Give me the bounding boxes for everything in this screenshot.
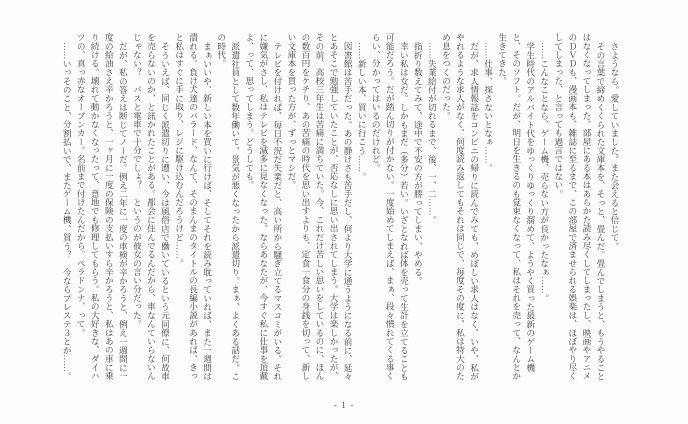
novel-text-block: さようなら。愛していました。また会えると信じて。 その言葉で締めくくられた文庫本…	[60, 33, 622, 381]
paragraph: さようなら。愛していました。また会えると信じて。	[608, 33, 622, 381]
paragraph: 派遣社員として数年働いて、景気が悪くなったから派遣切り。まぁ、よくある話だ。この…	[215, 33, 243, 381]
page-number: - 1 -	[0, 401, 688, 411]
paragraph: 指折り数えてみて、途中で不安の方が勝ってしまい、やめる。	[411, 33, 425, 381]
paragraph: その言葉で締めくくられた文庫本を、そっと、畳んだ。畳んでしまうと、もうやることは…	[552, 33, 608, 381]
paragraph: テレビを付ければ、毎日不況だ失業だと、高い所から騒ぎ立てるマスコミがいる。それに…	[243, 33, 285, 381]
paragraph: 学生時代のアルバイト代をゆっくりゆっくり溜めて、ようやく買った最新のゲーム機と、…	[496, 33, 538, 381]
paragraph: だが、求人情報誌をコンビニの帰りに読んでみても、めぼしい求人はなく、いや、私がや…	[439, 33, 481, 381]
paragraph: ……いっそのこと、分割払いで、またゲーム機、買う？ 今ならプレステ３とか……。	[60, 33, 74, 381]
document-page: さようなら。愛していました。また会えると信じて。 その言葉で締めくくられた文庫本…	[0, 0, 688, 424]
paragraph: 図書館は苦手だった。あの静けさも苦手だし、何より大学に通うようになる前に、延々と…	[285, 33, 355, 381]
paragraph: ……新しい本、買いに行こう……。	[355, 33, 369, 381]
paragraph: 幸い私は女だ。しかもまだ（多分）若い。いざとなれば体を売って生計を立てることも可…	[369, 33, 411, 381]
paragraph: ……失業給付が切れるまで、後、一、二……。	[425, 33, 439, 381]
paragraph: まぁいいや、新しい本を買いに行けば、そしてそれを読み耽っていれば、また一週間は潰…	[173, 33, 215, 381]
paragraph: ……こんなことなら、ゲーム機、売らない方が良かったなぁ……。	[538, 33, 552, 381]
paragraph: だが、私の答えは断じてノーだ。例え二年に一度の車検が辛かろうと、例え一週間に一度…	[74, 33, 130, 381]
paragraph: そういえば、同じく派遣切りに遭い、今は風俗店で働いているという元同僚に、何故車を…	[130, 33, 172, 381]
paragraph: ……仕事、探さないとなぁ……。	[482, 33, 496, 381]
